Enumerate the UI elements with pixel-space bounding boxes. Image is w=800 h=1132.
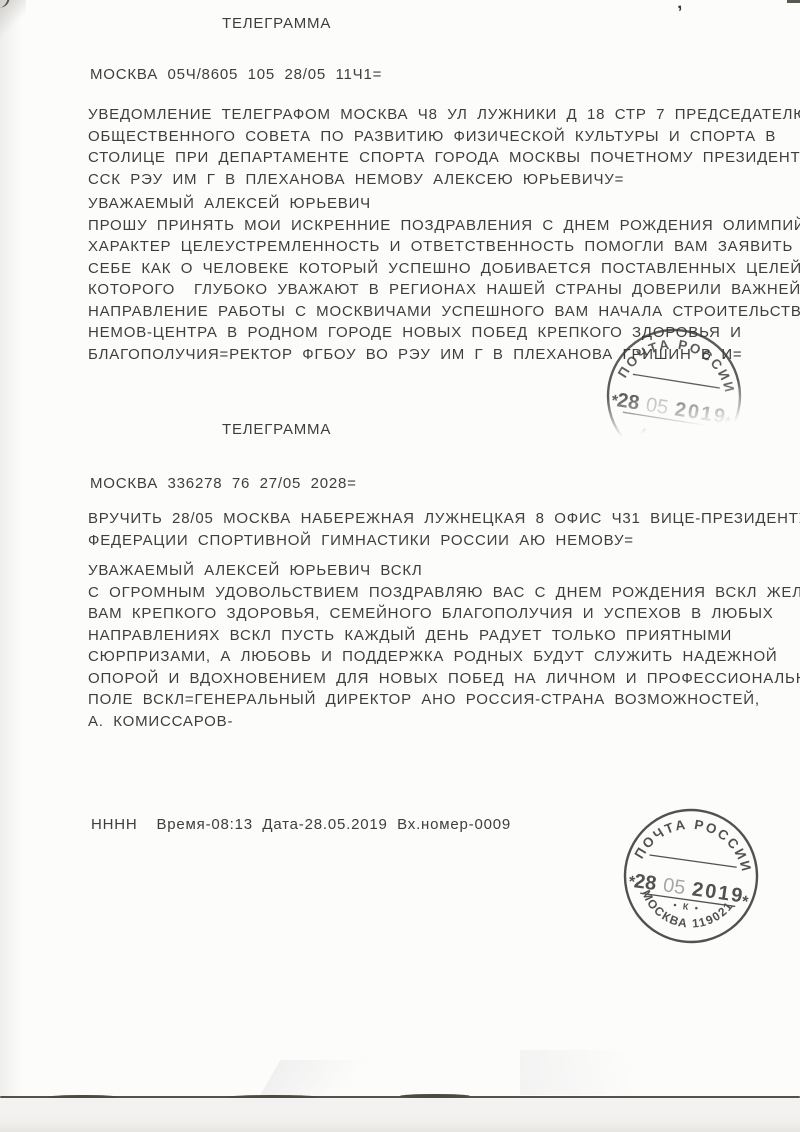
telegram2-body: УВАЖАЕМЫЙ АЛЕКСЕЙ ЮРЬЕВИЧ ВСКЛ С ОГРОМНЫ…: [88, 560, 800, 732]
stamp2-upper-line: [650, 855, 737, 867]
paper-sheet: ТЕЛЕГРАММА МОСКВА 05Ч/8605 105 28/05 11Ч…: [0, 0, 800, 1132]
telegram2-address: ВРУЧИТЬ 28/05 МОСКВА НАБЕРЕЖНАЯ ЛУЖНЕЦКА…: [88, 508, 800, 551]
svg-text:ПОЧТА РОССИИ: ПОЧТА РОССИИ: [614, 328, 744, 398]
scanned-telegram-page: { "telegram1": { "title": "ТЕЛЕГРАММА", …: [0, 0, 800, 1132]
receipt-footer-line: НННН Время-08:13 Дата-28.05.2019 Вх.номе…: [91, 814, 511, 836]
stamp2-top-arc-text: ПОЧТА РОССИИ: [631, 809, 761, 877]
stamp1-date-day: 28: [615, 389, 640, 414]
scan-shading-left: [0, 0, 26, 1100]
stamp2-date-month: 05: [662, 874, 687, 899]
telegram2-title: ТЕЛЕГРАММА: [222, 419, 331, 441]
telegram1-address: УВЕДОМЛЕНИЕ ТЕЛЕГРАФОМ МОСКВА Ч8 УЛ ЛУЖН…: [88, 104, 800, 190]
svg-text:МОСКВА: МОСКВА: [635, 424, 698, 455]
stamp1-top-arc-text: ПОЧТА РОССИИ: [614, 328, 744, 398]
scanner-background-strip: [0, 1098, 800, 1132]
postmark-stamp-1: ПОЧТА РОССИИ * 28052019 * МОСКВА: [604, 326, 744, 466]
pen-tick-mark: ’: [677, 2, 685, 23]
stamp1-bottom-arc-text: МОСКВА: [635, 424, 698, 455]
svg-text:ПОЧТА РОССИИ: ПОЧТА РОССИИ: [631, 809, 761, 877]
stamp2-center-mark: • К •: [673, 900, 701, 914]
paper-crease-shadow: [260, 1060, 401, 1096]
stamp1-date: 28052019: [615, 389, 728, 428]
corner-mark-top-right: [787, 0, 800, 3]
stamp1-upper-line: [633, 374, 720, 388]
telegram1-routing-line: МОСКВА 05Ч/8605 105 28/05 11Ч1=: [90, 64, 382, 86]
postmark-stamp-2: ПОЧТА РОССИИ * 28052019 * • К • МОСКВА 1…: [621, 806, 761, 946]
stamp1-date-month: 05: [644, 394, 669, 419]
telegram1-title: ТЕЛЕГРАММА: [222, 13, 331, 35]
telegram2-routing-line: МОСКВА 336278 76 27/05 2028=: [90, 473, 357, 495]
paper-crease-shadow: [520, 1050, 680, 1095]
